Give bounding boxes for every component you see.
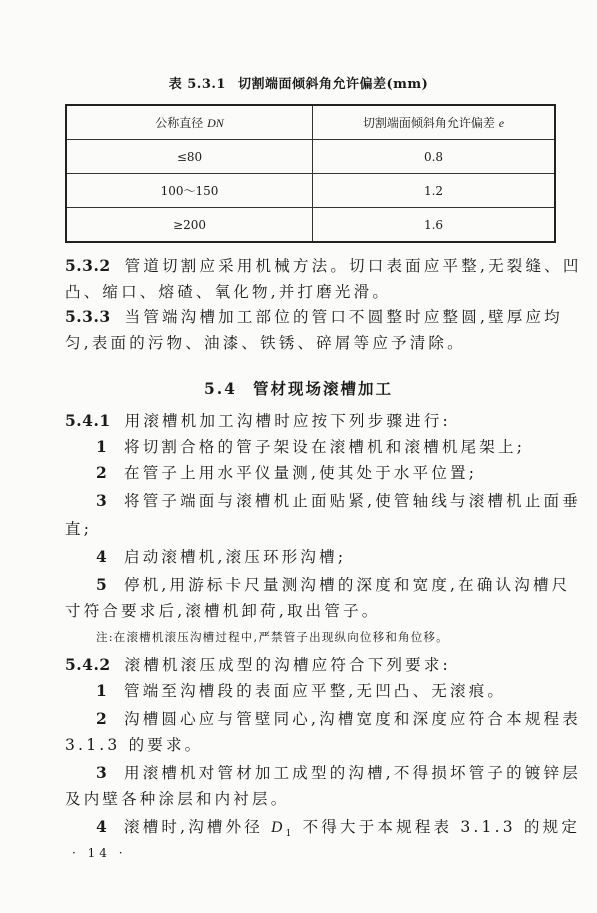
list-item: 3用滚槽机对管材加工成型的沟槽,不得损坏管子的镀锌层 xyxy=(96,763,581,783)
table-number: 表 5.3.1 xyxy=(169,77,226,92)
list-item: 1管端至沟槽段的表面应平整,无凹凸、无滚痕。 xyxy=(96,681,506,701)
clause-number: 5.3.3 xyxy=(65,307,111,326)
section-heading: 5.4管材现场滚槽加工 xyxy=(0,377,597,399)
table-row: 100～150 1.2 xyxy=(66,174,555,208)
note: 注:在滚槽机滚压沟槽过程中,严禁管子出现纵向位移和角位移。 xyxy=(96,629,449,645)
clause-number: 5.3.2 xyxy=(65,256,111,275)
list-item-cont: 及内壁各种涂层和内衬层。 xyxy=(65,789,289,809)
list-item-cont: 寸符合要求后,滚槽机卸荷,取出管子。 xyxy=(65,601,380,621)
clause-5-4-2: 5.4.2滚槽机滚压成型的沟槽应符合下列要求: xyxy=(65,655,451,675)
list-item: 1将切割合格的管子架设在滚槽机和滚槽机尾架上; xyxy=(96,437,525,457)
tolerance-table: 公称直径 DN 切割端面倾斜角允许偏差 e ≤80 0.8 100～150 1.… xyxy=(65,104,556,243)
header-nominal-diameter: 公称直径 DN xyxy=(66,105,313,140)
cell-diameter: ≥200 xyxy=(66,208,313,243)
table-header-row: 公称直径 DN 切割端面倾斜角允许偏差 e xyxy=(66,105,555,140)
table-row: ≥200 1.6 xyxy=(66,208,555,243)
list-item: 2沟槽圆心应与管壁同心,沟槽宽度和深度应符合本规程表 xyxy=(96,709,581,729)
list-item: 3将管子端面与滚槽机止面贴紧,使管轴线与滚槽机止面垂 xyxy=(96,491,581,511)
clause-5-3-2: 5.3.2管道切割应采用机械方法。切口表面应平整,无裂缝、凹 xyxy=(65,256,582,276)
list-item: 4启动滚槽机,滚压环形沟槽; xyxy=(96,547,346,567)
cell-diameter: 100～150 xyxy=(66,174,313,208)
header-tolerance: 切割端面倾斜角允许偏差 e xyxy=(313,105,556,140)
clause-5-3-2-cont: 凸、缩口、熔碴、氧化物,并打磨光滑。 xyxy=(65,282,391,302)
clause-5-4-1: 5.4.1用滚槽机加工沟槽时应按下列步骤进行: xyxy=(65,411,451,431)
clause-number: 5.4.1 xyxy=(65,411,111,430)
table-caption: 表 5.3.1切割端面倾斜角允许偏差(mm) xyxy=(0,73,597,92)
list-item-cont: 3.1.3 的要求。 xyxy=(65,735,203,755)
table-row: ≤80 0.8 xyxy=(66,140,555,174)
cell-tolerance: 1.2 xyxy=(313,174,556,208)
cell-tolerance: 1.6 xyxy=(313,208,556,243)
cell-tolerance: 0.8 xyxy=(313,140,556,174)
table-title: 切割端面倾斜角允许偏差(mm) xyxy=(238,77,428,92)
list-item: 4滚槽时,沟槽外径 D1 不得大于本规程表 3.1.3 的规定 xyxy=(96,817,580,844)
cell-diameter: ≤80 xyxy=(66,140,313,174)
clause-5-3-3-cont: 匀,表面的污物、油漆、铁锈、碎屑等应予清除。 xyxy=(65,333,466,353)
clause-number: 5.4.2 xyxy=(65,655,111,674)
list-item: 5停机,用游标卡尺量测沟槽的深度和宽度,在确认沟槽尺 xyxy=(96,575,570,595)
page-number: · 14 · xyxy=(72,846,127,860)
clause-5-3-3: 5.3.3当管端沟槽加工部位的管口不圆整时应整圆,壁厚应均 xyxy=(65,307,563,327)
list-item: 2在管子上用水平仪量测,使其处于水平位置; xyxy=(96,463,477,483)
list-item-cont: 直; xyxy=(65,519,92,539)
